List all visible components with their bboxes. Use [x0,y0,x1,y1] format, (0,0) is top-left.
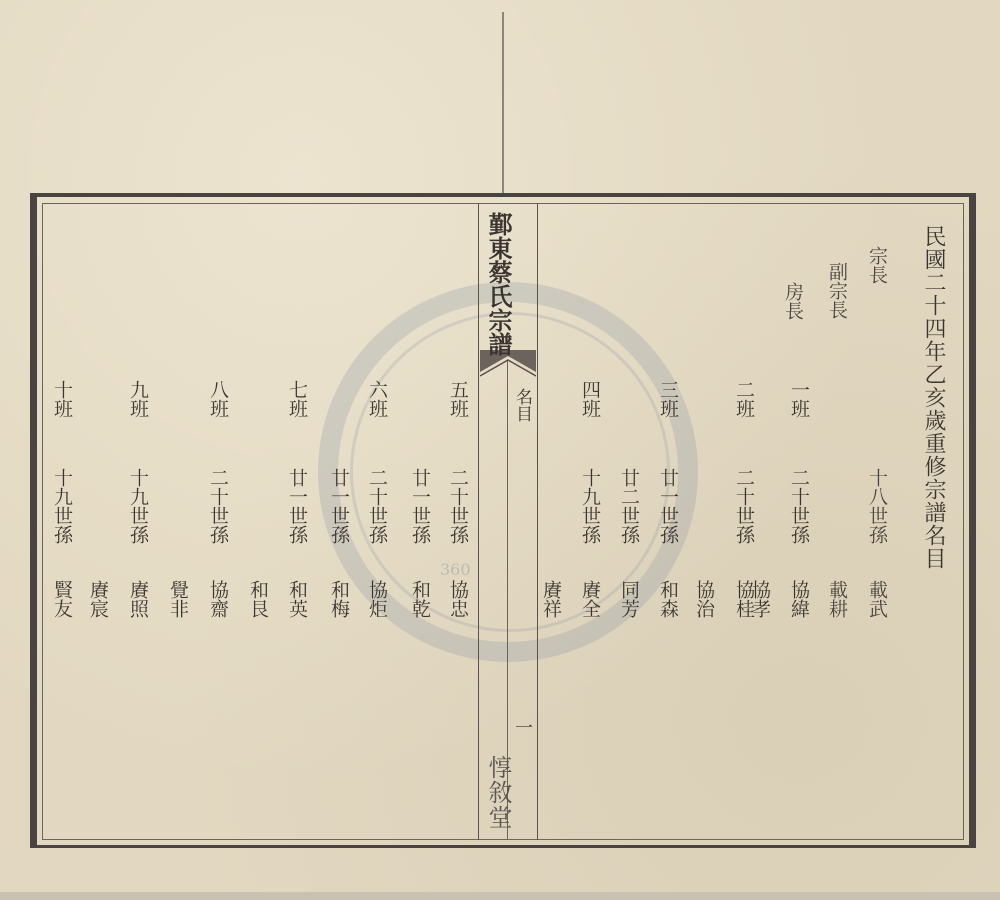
ban-name-4b: 賡祥 [541,580,560,618]
ban-name-2b: 協治 [694,580,713,618]
ban-generation-6a: 二十世孫 [367,468,386,544]
ban-generation-3: 廿一世孫 [658,468,677,544]
ban-label-4: 四班 [580,380,599,418]
ban-label-6: 六班 [367,380,386,418]
ban-name-6a: 協炬 [367,580,386,618]
ban-name-9a: 賡照 [128,580,147,618]
ban-generation-1: 二十世孫 [789,468,808,544]
ban-label-1: 一班 [789,380,808,418]
ban-label-10: 十班 [52,380,71,418]
ban-name-10a: 賢友 [52,580,71,618]
ban-label-5: 五班 [448,380,467,418]
role-title-fuzongzhang: 副宗長 [827,262,846,319]
ban-name-6b: 和梅 [329,580,348,618]
ban-name-3a: 和森 [658,580,677,618]
header-title: 民國二十四年乙亥歲重修宗譜名目 [922,225,944,570]
ban-name-9b: 賡宸 [88,580,107,618]
ban-name-5b: 和乾 [410,580,429,618]
role-title-fangzhang: 房長 [783,282,802,320]
ban-name-8b: 覺非 [168,580,187,618]
role-generation-zongzhang: 十八世孫 [867,468,886,544]
ban-label-9: 九班 [128,380,147,418]
ban-name-1a: 協緯 [789,580,808,618]
ban-name-7a: 和英 [287,580,306,618]
ban-label-8: 八班 [208,380,227,418]
ban-generation-3b: 廿二世孫 [619,468,638,544]
hall-name: 惇敘堂 [486,755,510,830]
ban-label-3: 三班 [658,380,677,418]
ban-name-2a: 協桂 [734,580,753,618]
fold-line [502,12,504,194]
ban-generation-5b: 廿一世孫 [410,468,429,544]
ban-name-3b: 同芳 [619,580,638,618]
ban-name-5a: 協忠 [448,580,467,618]
role-name-zongzhang: 載武 [867,580,886,618]
ban-name-7b: 和艮 [248,580,267,618]
ban-generation-2: 二十世孫 [734,468,753,544]
ban-generation-9: 十九世孫 [128,468,147,544]
ban-generation-7: 廿一世孫 [287,468,306,544]
ban-generation-10: 十九世孫 [52,468,71,544]
ban-name-4a: 賡全 [580,580,599,618]
ban-generation-4: 十九世孫 [580,468,599,544]
section-label: 名目 [513,388,530,422]
ban-name-8a: 協齋 [208,580,227,618]
ban-label-7: 七班 [287,380,306,418]
book-title: 鄞東蔡氏宗譜 [486,212,510,356]
ban-generation-8: 二十世孫 [208,468,227,544]
ban-label-2: 二班 [734,380,753,418]
role-name-fuzongzhang: 載耕 [827,580,846,618]
role-title-zongzhang: 宗長 [867,246,886,284]
scan-edge [0,892,1000,900]
page-number: 一 [513,718,531,736]
ban-generation-5a: 二十世孫 [448,468,467,544]
ban-generation-6b: 廿一世孫 [329,468,348,544]
